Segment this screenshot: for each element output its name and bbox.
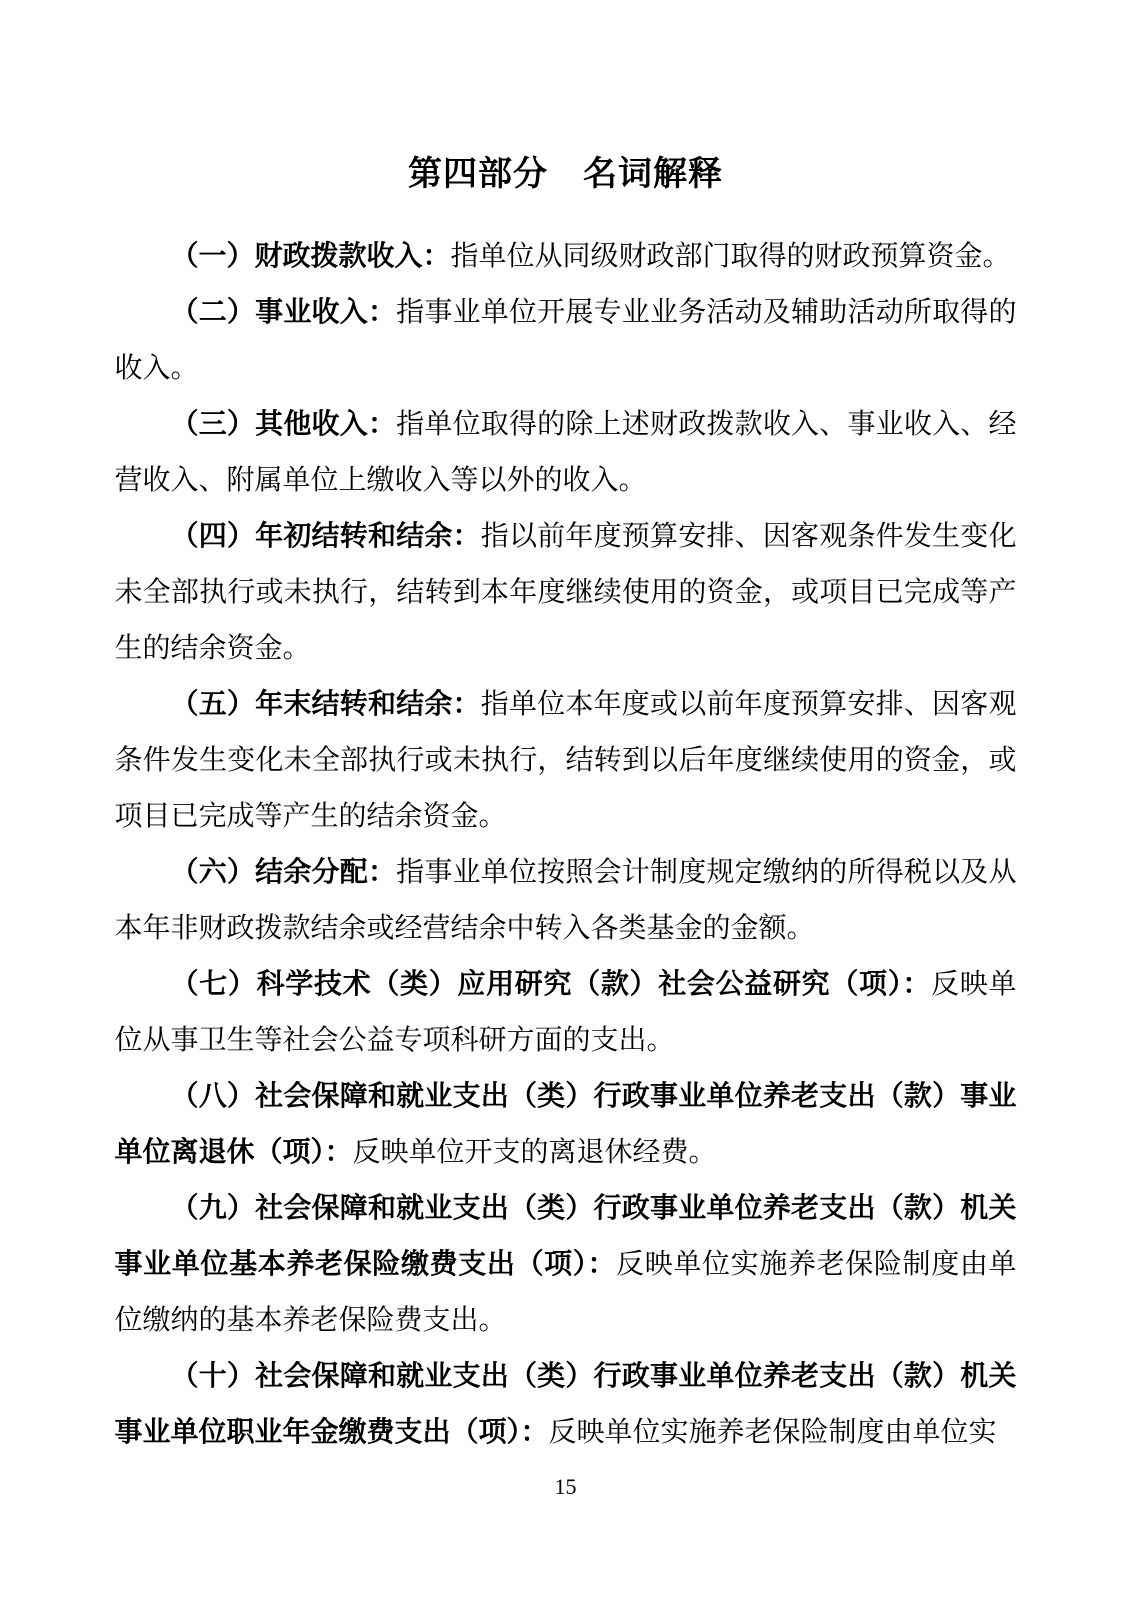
glossary-item-3: （三）其他收入：指单位取得的除上述财政拨款收入、事业收入、经营收入、附属单位上缴…: [115, 397, 1017, 509]
glossary-definition: 反映单位开支的离退休经费。: [353, 1137, 717, 1168]
glossary-term: （七）科学技术（类）应用研究（款）社会公益研究（项）：: [171, 969, 932, 1000]
glossary-term: （六）结余分配：: [171, 857, 397, 888]
glossary-item-1: （一）财政拨款收入：指单位从同级财政部门取得的财政预算资金。: [115, 229, 1017, 285]
glossary-definition: 反映单位实施养老保险制度由单位实: [549, 1417, 997, 1448]
glossary-item-10: （十）社会保障和就业支出（类）行政事业单位养老支出（款）机关事业单位职业年金缴费…: [115, 1349, 1017, 1461]
glossary-item-6: （六）结余分配：指事业单位按照会计制度规定缴纳的所得税以及从本年非财政拨款结余或…: [115, 845, 1017, 957]
page-number: 15: [0, 1474, 1131, 1500]
glossary-item-2: （二）事业收入：指事业单位开展专业业务活动及辅助活动所取得的收入。: [115, 285, 1017, 397]
glossary-item-7: （七）科学技术（类）应用研究（款）社会公益研究（项）：反映单位从事卫生等社会公益…: [115, 957, 1017, 1069]
glossary-term: （五）年末结转和结余：: [171, 689, 481, 720]
glossary-definition: 指单位从同级财政部门取得的财政预算资金。: [451, 241, 1011, 272]
glossary-item-4: （四）年初结转和结余：指以前年度预算安排、因客观条件发生变化未全部执行或未执行，…: [115, 509, 1017, 677]
document-page: 第四部分 名词解释 （一）财政拨款收入：指单位从同级财政部门取得的财政预算资金。…: [0, 0, 1131, 1600]
glossary-item-9: （九）社会保障和就业支出（类）行政事业单位养老支出（款）机关事业单位基本养老保险…: [115, 1181, 1017, 1349]
glossary-item-8: （八）社会保障和就业支出（类）行政事业单位养老支出（款）事业单位离退休（项）：反…: [115, 1069, 1017, 1181]
glossary-term: （三）其他收入：: [171, 409, 397, 440]
glossary-content: （一）财政拨款收入：指单位从同级财政部门取得的财政预算资金。 （二）事业收入：指…: [115, 229, 1017, 1461]
glossary-term: （四）年初结转和结余：: [171, 521, 481, 552]
page-title: 第四部分 名词解释: [0, 0, 1131, 195]
glossary-term: （一）财政拨款收入：: [171, 241, 451, 272]
glossary-item-5: （五）年末结转和结余：指单位本年度或以前年度预算安排、因客观条件发生变化未全部执…: [115, 677, 1017, 845]
glossary-term: （二）事业收入：: [171, 297, 397, 328]
